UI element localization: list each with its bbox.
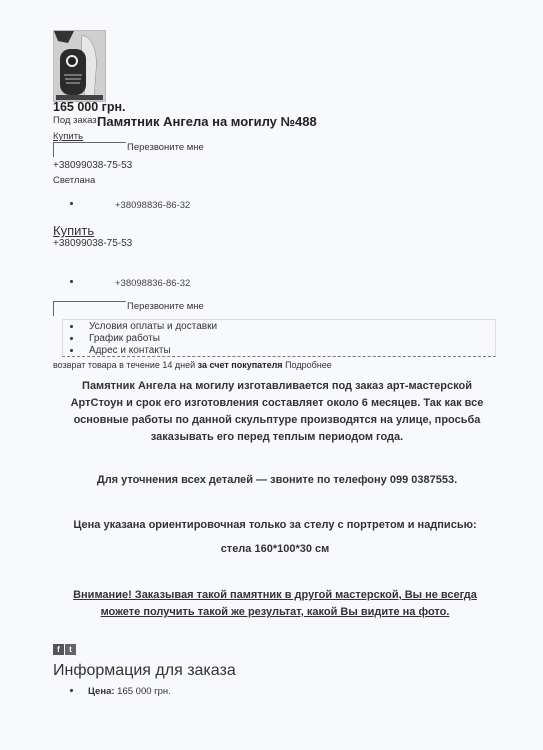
- contact-phone[interactable]: +38099038-75-53: [53, 160, 132, 171]
- product-title: Памятник Ангела на могилу №488: [97, 114, 317, 129]
- order-info-price: Цена: 165 000 грн.: [88, 686, 171, 697]
- phone-list-item-text: +38098836-86-32: [115, 200, 190, 211]
- twitter-icon[interactable]: t: [65, 644, 76, 655]
- bullet-icon: [70, 280, 73, 283]
- info-link-label: Условия оплаты и доставки: [89, 321, 217, 332]
- callback-phone-input[interactable]: [53, 142, 126, 157]
- info-link-label: График работы: [89, 333, 160, 344]
- contact-line: Для уточнения всех деталей — звоните по …: [70, 474, 484, 486]
- buy-link-small[interactable]: Купить: [53, 131, 83, 142]
- availability-label: Под заказ: [53, 115, 97, 126]
- social-share: f t: [53, 644, 76, 655]
- return-policy-more-link[interactable]: Подробнее: [285, 360, 332, 370]
- callback-phone-input-2[interactable]: [53, 301, 126, 316]
- facebook-icon[interactable]: f: [53, 644, 64, 655]
- info-link-address[interactable]: Адрес и контакты: [89, 345, 171, 356]
- info-link-label: Адрес и контакты: [89, 345, 171, 356]
- product-description: Памятник Ангела на могилу изготавливаетс…: [70, 378, 484, 446]
- contact-name: Светлана: [53, 175, 95, 186]
- product-image[interactable]: [53, 30, 106, 102]
- price-value: 165 000 грн.: [117, 686, 171, 697]
- info-link-schedule[interactable]: График работы: [89, 333, 160, 344]
- phone-list-item-text: +38098836-86-32: [115, 278, 190, 289]
- price-label: Цена:: [88, 686, 115, 697]
- info-link-payment-delivery[interactable]: Условия оплаты и доставки: [89, 321, 217, 332]
- price-note: Цена указана ориентировочная только за с…: [60, 519, 490, 531]
- info-links-box: Условия оплаты и доставки График работы …: [62, 319, 496, 357]
- bullet-icon: [70, 325, 73, 328]
- buy-link[interactable]: Купить: [53, 223, 94, 238]
- bullet-icon: [70, 689, 73, 692]
- dimensions: стела 160*100*30 см: [60, 543, 490, 555]
- warning-note: Внимание! Заказывая такой памятник в дру…: [60, 587, 490, 621]
- bullet-icon: [70, 202, 73, 205]
- bullet-icon: [70, 337, 73, 340]
- bullet-icon: [70, 349, 73, 352]
- return-policy-bold: за счет покупателя: [198, 360, 283, 370]
- order-info-heading: Информация для заказа: [53, 662, 236, 680]
- callback-button-2[interactable]: Перезвоните мне: [127, 301, 204, 312]
- phone-list-item-2[interactable]: +38098836-86-32: [115, 278, 190, 289]
- product-price: 165 000 грн.: [53, 100, 126, 114]
- return-policy: возврат товара в течение 14 дней за счет…: [53, 360, 332, 370]
- callback-button[interactable]: Перезвоните мне: [127, 142, 204, 153]
- return-policy-text: возврат товара в течение 14 дней: [53, 360, 195, 370]
- contact-phone-2[interactable]: +38099038-75-53: [53, 238, 132, 249]
- phone-list-item[interactable]: +38098836-86-32: [115, 200, 190, 211]
